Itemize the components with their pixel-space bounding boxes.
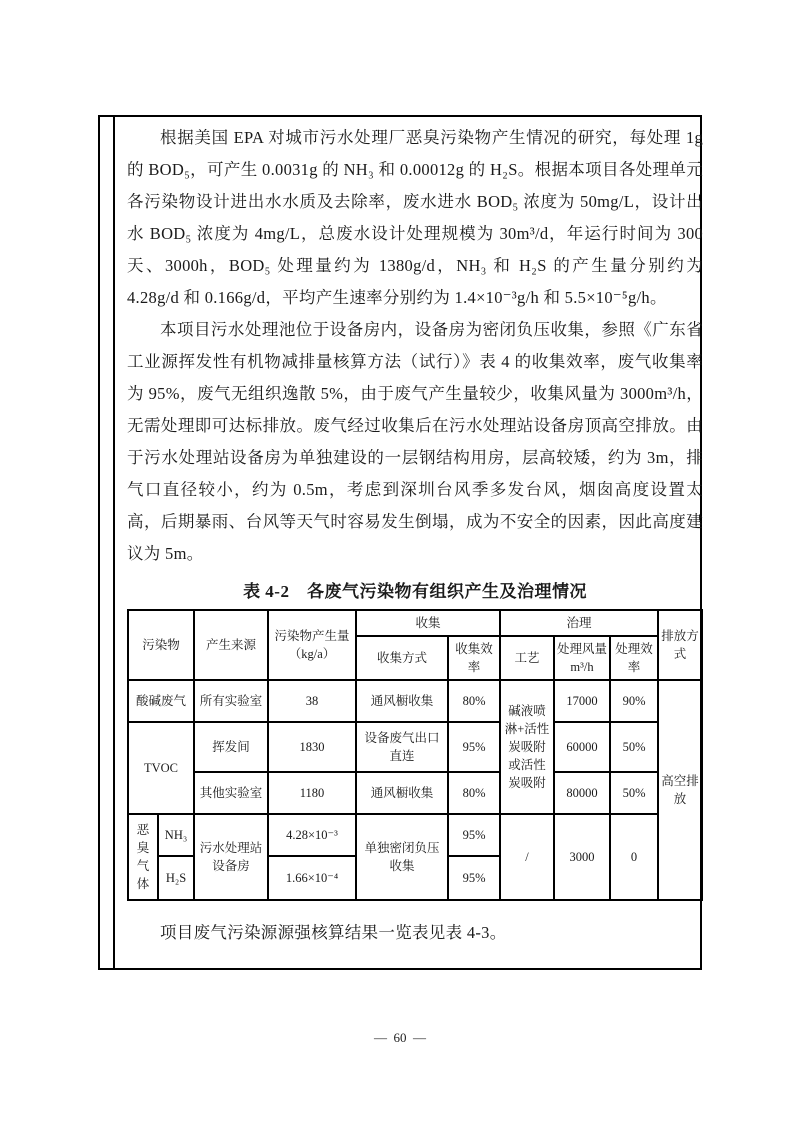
cell-acid-treat-eff: 90% (610, 680, 658, 722)
frame-content: 根据美国 EPA 对城市污水处理厂恶臭污染物产生情况的研究，每处理 1g 的 B… (115, 117, 715, 968)
table-4-2-title: 表 4-2 各废气污染物有组织产生及治理情况 (127, 577, 703, 602)
cell-tvoc1-source: 挥发间 (194, 722, 268, 772)
col-header-amount: 污染物产生量（kg/a） (268, 610, 356, 680)
page-number: — 60 — (0, 1030, 800, 1046)
col-header-pollutant: 污染物 (128, 610, 194, 680)
frame-left-column (100, 117, 115, 968)
col-header-process: 工艺 (500, 636, 554, 680)
cell-tvoc1-amount: 1830 (268, 722, 356, 772)
cell-tvoc2-volume: 80000 (554, 772, 610, 814)
col-header-collection-method: 收集方式 (356, 636, 448, 680)
col-header-treatment-efficiency: 处理效率 (610, 636, 658, 680)
cell-tvoc1-volume: 60000 (554, 722, 610, 772)
cell-odor-volume: 3000 (554, 814, 610, 900)
document-page: 根据美国 EPA 对城市污水处理厂恶臭污染物产生情况的研究，每处理 1g 的 B… (0, 0, 800, 1131)
cell-odor-treat-eff: 0 (610, 814, 658, 900)
col-header-treatment-group: 治理 (500, 610, 658, 636)
col-header-collection-group: 收集 (356, 610, 500, 636)
cell-odor-group: 恶臭气体 (128, 814, 158, 900)
cell-odor-process: / (500, 814, 554, 900)
col-header-source: 产生来源 (194, 610, 268, 680)
cell-tvoc2-treat-eff: 50% (610, 772, 658, 814)
cell-odor-method: 单独密闭负压收集 (356, 814, 448, 900)
cell-odor-source: 污水处理站设备房 (194, 814, 268, 900)
paragraph-collection-and-stack-height: 本项目污水处理池位于设备房内，设备房为密闭负压收集，参照《广东省工业源挥发性有机… (127, 314, 703, 570)
cell-tvoc2-method: 通风橱收集 (356, 772, 448, 814)
cell-tvoc2-collection-eff: 80% (448, 772, 500, 814)
row-tvoc-volatile-room: TVOC 挥发间 1830 设备废气出口直连 95% 60000 50% (128, 722, 702, 772)
row-acid-alkali-gas: 酸碱废气 所有实验室 38 通风橱收集 80% 碱液喷淋+活性炭吸附或活性炭吸附… (128, 680, 702, 722)
cell-odor-h2s-collection-eff: 95% (448, 856, 500, 900)
cell-tvoc1-collection-eff: 95% (448, 722, 500, 772)
col-header-discharge: 排放方式 (658, 610, 702, 680)
table-4-2: 污染物 产生来源 污染物产生量（kg/a） 收集 治理 排放方式 收集方式 收集… (127, 609, 703, 901)
cell-tvoc-pollutant: TVOC (128, 722, 194, 814)
row-tvoc-other-labs: 其他实验室 1180 通风橱收集 80% 80000 50% (128, 772, 702, 814)
cell-odor-nh3-label: NH₃ (158, 814, 194, 856)
cell-acid-amount: 38 (268, 680, 356, 722)
col-header-collection-efficiency: 收集效率 (448, 636, 500, 680)
cell-acid-source: 所有实验室 (194, 680, 268, 722)
cell-odor-h2s-label: H₂S (158, 856, 194, 900)
cell-tvoc1-method: 设备废气出口直连 (356, 722, 448, 772)
cell-process-merged: 碱液喷淋+活性炭吸附或活性炭吸附 (500, 680, 554, 814)
paragraph-see-table-4-3: 项目废气污染源源强核算结果一览表见表 4-3。 (127, 917, 703, 949)
cell-acid-method: 通风橱收集 (356, 680, 448, 722)
cell-tvoc2-source: 其他实验室 (194, 772, 268, 814)
cell-odor-h2s-amount: 1.66×10⁻⁴ (268, 856, 356, 900)
cell-odor-nh3-collection-eff: 95% (448, 814, 500, 856)
cell-discharge-merged: 高空排放 (658, 680, 702, 900)
cell-acid-pollutant: 酸碱废气 (128, 680, 194, 722)
paragraph-odor-emission-calculation: 根据美国 EPA 对城市污水处理厂恶臭污染物产生情况的研究，每处理 1g 的 B… (127, 122, 703, 314)
cell-odor-nh3-amount: 4.28×10⁻³ (268, 814, 356, 856)
cell-acid-collection-eff: 80% (448, 680, 500, 722)
cell-tvoc2-amount: 1180 (268, 772, 356, 814)
header-row-1: 污染物 产生来源 污染物产生量（kg/a） 收集 治理 排放方式 (128, 610, 702, 636)
cell-tvoc1-treat-eff: 50% (610, 722, 658, 772)
cell-acid-volume: 17000 (554, 680, 610, 722)
col-header-air-volume: 处理风量m³/h (554, 636, 610, 680)
row-odor-nh3: 恶臭气体 NH₃ 污水处理站设备房 4.28×10⁻³ 单独密闭负压收集 95%… (128, 814, 702, 856)
content-frame: 根据美国 EPA 对城市污水处理厂恶臭污染物产生情况的研究，每处理 1g 的 B… (98, 115, 702, 970)
